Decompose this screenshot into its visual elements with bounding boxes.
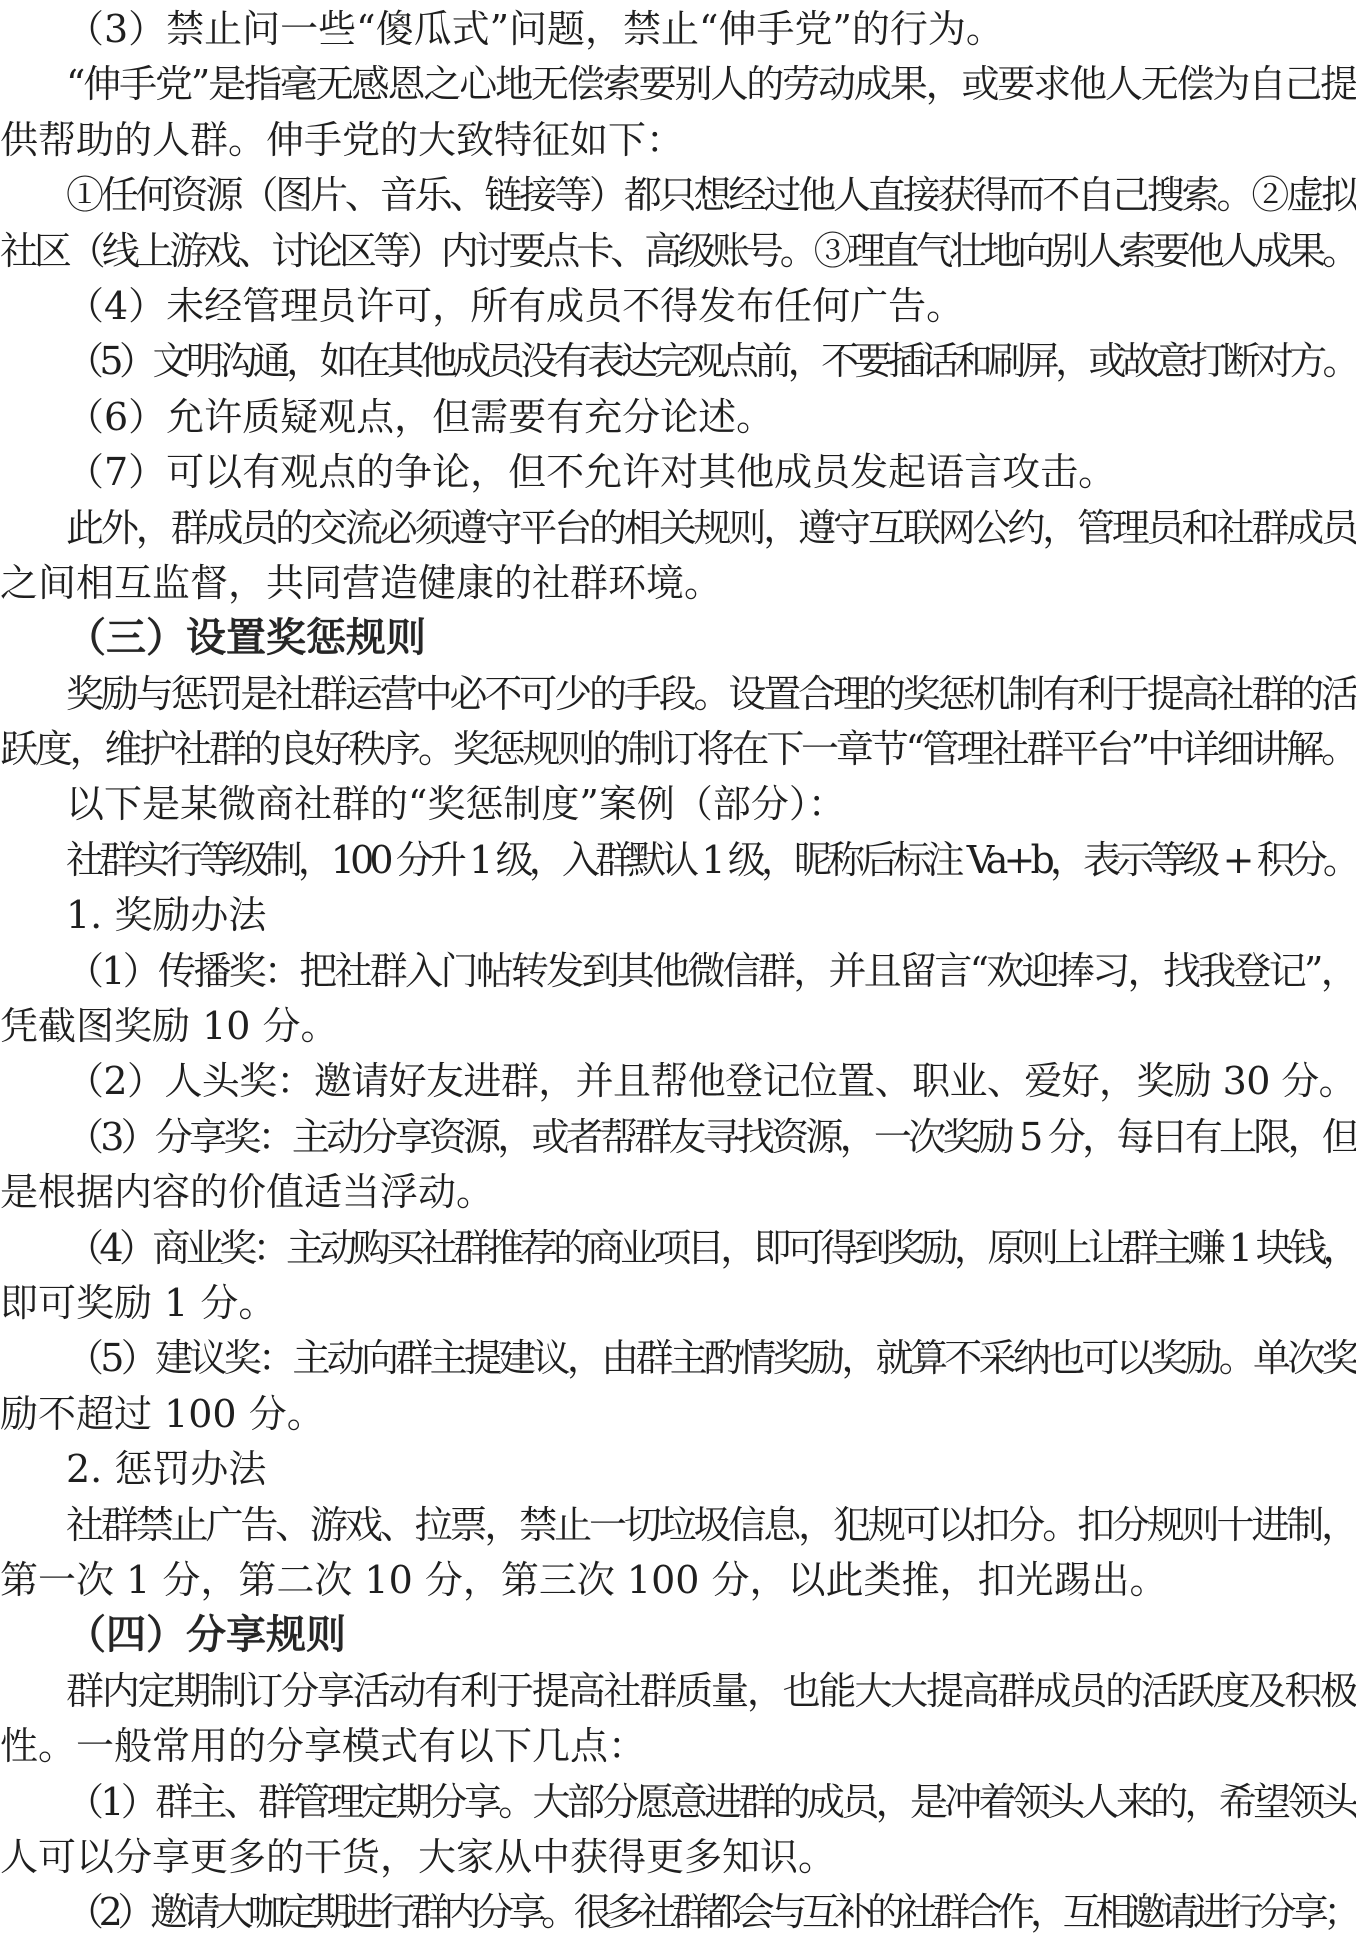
text-line: （1）传播奖：把社群入门帖转发到其他微信群，并且留言“欢迎捧习，找我登记”，: [0, 944, 1356, 999]
text-line-content: 社群实行等级制，100 分升 1 级，入群默认 1 级，昵称后标注 Va+b，表…: [66, 833, 1356, 888]
section-heading: （四）分享规则: [0, 1608, 1356, 1663]
text-line-content: （三）设置奖惩规则: [66, 611, 426, 666]
text-line: 群内定期制订分享活动有利于提高社群质量，也能大大提高群成员的活跃度及积极: [0, 1664, 1356, 1719]
text-line-content: （6）允许质疑观点，但需要有充分论述。: [66, 390, 774, 445]
text-line: “伸手党”是指毫无感恩之心地无偿索要别人的劳动成果，或要求他人无偿为自己提: [0, 57, 1356, 112]
text-line: 以下是某微商社群的“奖惩制度”案例（部分）：: [0, 777, 1356, 832]
text-line: 奖励与惩罚是社群运营中必不可少的手段。设置合理的奖惩机制有利于提高社群的活: [0, 667, 1356, 722]
text-line-content: （1）传播奖：把社群入门帖转发到其他微信群，并且留言“欢迎捧习，找我登记”，: [66, 944, 1356, 999]
text-line-content: （2）人头奖：邀请好友进群，并且帮他登记位置、职业、爱好，奖励 30 分。: [66, 1054, 1356, 1109]
text-line-content: 社群禁止广告、游戏、拉票，禁止一切垃圾信息，犯规可以扣分。扣分规则十进制，: [66, 1498, 1356, 1553]
text-line: （6）允许质疑观点，但需要有充分论述。: [0, 390, 1356, 445]
text-line: 是根据内容的价值适当浮动。: [0, 1165, 1356, 1220]
text-line-content: （四）分享规则: [66, 1608, 346, 1663]
text-line: （4）商业奖：主动购买社群推荐的商业项目，即可得到奖励，原则上让群主赚 1 块钱…: [0, 1221, 1356, 1276]
text-line-content: 即可奖励 1 分。: [0, 1276, 276, 1331]
text-line-content: （5）建议奖：主动向群主提建议，由群主酌情奖励，就算不采纳也可以奖励。单次奖: [66, 1331, 1356, 1386]
text-line-content: 奖励与惩罚是社群运营中必不可少的手段。设置合理的奖惩机制有利于提高社群的活: [66, 667, 1356, 722]
text-line: （3）禁止问一些“傻瓜式”问题，禁止“伸手党”的行为。: [0, 2, 1356, 57]
text-line: 之间相互监督，共同营造健康的社群环境。: [0, 556, 1356, 611]
text-line: 供帮助的人群。伸手党的大致特征如下：: [0, 113, 1356, 168]
text-line: （2）人头奖：邀请好友进群，并且帮他登记位置、职业、爱好，奖励 30 分。: [0, 1054, 1356, 1109]
text-line-content: 供帮助的人群。伸手党的大致特征如下：: [0, 113, 684, 168]
text-line-content: （4）未经管理员许可，所有成员不得发布任何广告。: [66, 279, 964, 334]
text-line-content: （4）商业奖：主动购买社群推荐的商业项目，即可得到奖励，原则上让群主赚 1 块钱…: [66, 1221, 1356, 1276]
section-heading: （三）设置奖惩规则: [0, 611, 1356, 666]
text-line: ①任何资源（图片、音乐、链接等）都只想经过他人直接获得而不自己搜索。②虚拟: [0, 168, 1356, 223]
text-line: 人可以分享更多的干货，大家从中获得更多知识。: [0, 1830, 1356, 1885]
text-line: 励不超过 100 分。: [0, 1387, 1356, 1442]
text-line: （1）群主、群管理定期分享。大部分愿意进群的成员，是冲着领头人来的，希望领头: [0, 1775, 1356, 1830]
text-line: 1. 奖励办法: [0, 888, 1356, 943]
text-line-content: 跃度，维护社群的良好秩序。奖惩规则的制订将在下一章节“管理社群平台”中详细讲解。: [0, 722, 1356, 777]
text-line: （5）建议奖：主动向群主提建议，由群主酌情奖励，就算不采纳也可以奖励。单次奖: [0, 1331, 1356, 1386]
text-line: 第一次 1 分，第二次 10 分，第三次 100 分，以此类推，扣光踢出。: [0, 1553, 1356, 1608]
text-line: 社群禁止广告、游戏、拉票，禁止一切垃圾信息，犯规可以扣分。扣分规则十进制，: [0, 1498, 1356, 1553]
text-line: （3）分享奖：主动分享资源，或者帮群友寻找资源，一次奖励 5 分，每日有上限，但: [0, 1110, 1356, 1165]
text-line-content: （3）分享奖：主动分享资源，或者帮群友寻找资源，一次奖励 5 分，每日有上限，但: [66, 1110, 1356, 1165]
text-line-content: 此外，群成员的交流必须遵守平台的相关规则，遵守互联网公约，管理员和社群成员: [66, 501, 1356, 556]
text-line: 社群实行等级制，100 分升 1 级，入群默认 1 级，昵称后标注 Va+b，表…: [0, 833, 1356, 888]
text-line-content: （5）文明沟通，如在其他成员没有表达完观点前，不要插话和刷屏，或故意打断对方。: [66, 334, 1356, 389]
text-line: 即可奖励 1 分。: [0, 1276, 1356, 1331]
text-line-content: （1）群主、群管理定期分享。大部分愿意进群的成员，是冲着领头人来的，希望领头: [66, 1775, 1356, 1830]
text-line: （4）未经管理员许可，所有成员不得发布任何广告。: [0, 279, 1356, 334]
text-line-content: 人可以分享更多的干货，大家从中获得更多知识。: [0, 1830, 836, 1885]
text-line-content: 第一次 1 分，第二次 10 分，第三次 100 分，以此类推，扣光踢出。: [0, 1553, 1168, 1608]
document-body: （3）禁止问一些“傻瓜式”问题，禁止“伸手党”的行为。“伸手党”是指毫无感恩之心…: [0, 2, 1356, 1941]
text-line-content: 1. 奖励办法: [66, 888, 266, 943]
text-line-content: 是根据内容的价值适当浮动。: [0, 1165, 494, 1220]
text-line-content: （2）邀请大咖定期进行群内分享。很多社群都会与互补的社群合作，互相邀请进行分享；: [66, 1885, 1356, 1940]
text-line-content: （7）可以有观点的争论，但不允许对其他成员发起语言攻击。: [66, 445, 1116, 500]
text-line: 社区（线上游戏、讨论区等）内讨要点卡、高级账号。③理直气壮地向别人索要他人成果。: [0, 224, 1356, 279]
text-line-content: 群内定期制订分享活动有利于提高社群质量，也能大大提高群成员的活跃度及积极: [66, 1664, 1356, 1719]
text-line-content: 2. 惩罚办法: [66, 1442, 266, 1497]
text-line-content: 社区（线上游戏、讨论区等）内讨要点卡、高级账号。③理直气壮地向别人索要他人成果。: [0, 224, 1356, 279]
text-line-content: 励不超过 100 分。: [0, 1387, 325, 1442]
text-line: 此外，群成员的交流必须遵守平台的相关规则，遵守互联网公约，管理员和社群成员: [0, 501, 1356, 556]
text-line: （7）可以有观点的争论，但不允许对其他成员发起语言攻击。: [0, 445, 1356, 500]
text-line: 2. 惩罚办法: [0, 1442, 1356, 1497]
text-line: 凭截图奖励 10 分。: [0, 999, 1356, 1054]
text-line: 性。一般常用的分享模式有以下几点：: [0, 1719, 1356, 1774]
text-line-content: 之间相互监督，共同营造健康的社群环境。: [0, 556, 722, 611]
text-line-content: “伸手党”是指毫无感恩之心地无偿索要别人的劳动成果，或要求他人无偿为自己提: [66, 57, 1356, 112]
text-line: 跃度，维护社群的良好秩序。奖惩规则的制订将在下一章节“管理社群平台”中详细讲解。: [0, 722, 1356, 777]
document-page: （3）禁止问一些“傻瓜式”问题，禁止“伸手党”的行为。“伸手党”是指毫无感恩之心…: [0, 0, 1356, 1941]
text-line-content: ①任何资源（图片、音乐、链接等）都只想经过他人直接获得而不自己搜索。②虚拟: [66, 168, 1356, 223]
text-line-content: （3）禁止问一些“傻瓜式”问题，禁止“伸手党”的行为。: [66, 2, 1004, 57]
text-line-content: 性。一般常用的分享模式有以下几点：: [0, 1719, 646, 1774]
text-line-content: 以下是某微商社群的“奖惩制度”案例（部分）：: [66, 777, 846, 832]
text-line: （2）邀请大咖定期进行群内分享。很多社群都会与互补的社群合作，互相邀请进行分享；: [0, 1885, 1356, 1940]
text-line-content: 凭截图奖励 10 分。: [0, 999, 339, 1054]
text-line: （5）文明沟通，如在其他成员没有表达完观点前，不要插话和刷屏，或故意打断对方。: [0, 334, 1356, 389]
